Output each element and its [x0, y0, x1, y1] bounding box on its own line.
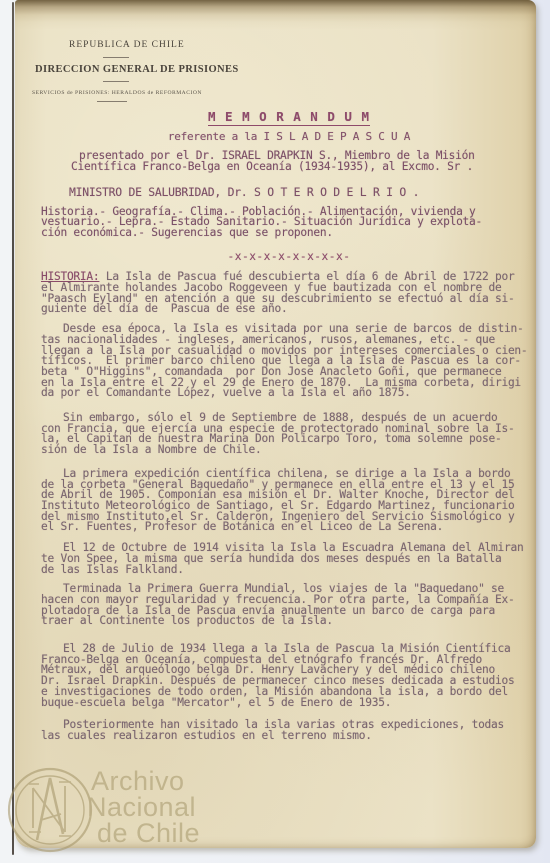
letterhead-divider: [103, 81, 129, 82]
paragraph-later-visits: Posteriormente han visitado la isla vari…: [41, 720, 537, 741]
book-spine-edge: [12, 2, 14, 855]
presentation-block: presentado por el Dr. ISRAEL DRAPKIN S.,…: [71, 151, 537, 172]
paragraph-possession: Sin embargo, sólo el 9 de Septiembre de …: [41, 413, 537, 456]
memo-subject: referente a la I S L A D E P A S C U A: [41, 132, 537, 143]
page-top-curl-shadow: [15, 0, 536, 30]
watermark-line: Nacional: [87, 794, 200, 820]
minister-line: MINISTRO DE SALUBRIDAD, Dr. S O T E R O …: [69, 187, 537, 198]
text-line: el Sr. Fuentes, Profesor de Botánica en …: [41, 522, 537, 533]
text-line: ción económica.- Sugerencias que se prop…: [41, 228, 537, 239]
paragraph-expedition: La primera expedición científica chilena…: [41, 469, 537, 533]
text-line: guiente del día de Pascua de ese año.: [41, 304, 537, 315]
text-line: sión de la Isla a Nombre de Chile.: [41, 445, 537, 456]
text-line: Científica Franco-Belga en Oceanía (1934…: [71, 162, 537, 173]
watermark-line: Archivo: [91, 768, 200, 794]
archive-logo-icon: [3, 762, 99, 862]
memo-title: M E M O R A N D U M: [41, 112, 537, 123]
historia-rest: el Almirante holandes Jacobo Roggeveen y…: [41, 283, 537, 315]
letterhead-divider: [97, 101, 127, 102]
letterhead-agency: DIRECCION GENERAL DE PRISIONES: [35, 64, 239, 75]
memo-title-text: M E M O R A N D U M: [208, 112, 370, 126]
paragraph-mission-1934: El 28 de Julio de 1934 llega a la Isla d…: [41, 644, 537, 708]
text-line: traer al Continente los productos de la …: [41, 616, 537, 627]
text-line: de las Islas Falkland.: [41, 565, 537, 576]
paragraph-postwar: Terminada la Primera Guerra Mundial, los…: [41, 584, 537, 627]
text-line: buque-escuela belga "Mercator", el 5 de …: [41, 698, 537, 709]
paragraph-von-spee: El 12 de Octubre de 1914 visita la Isla …: [41, 543, 537, 575]
letterhead-divider: [103, 57, 129, 58]
text-line: da por el Comandante López, vuelve a la …: [41, 388, 537, 399]
paragraph-historia: HISTORIA: La Isla de Pascua fué descubie…: [41, 272, 537, 315]
text-line: las cuales realizaron estudios en el ter…: [41, 731, 537, 742]
letterhead-services: SERVICIOS de PRISIONES: HERALDOS de REFO…: [32, 90, 202, 96]
letterhead-country: REPUBLICA DE CHILE: [69, 40, 185, 50]
document-page: REPUBLICA DE CHILE DIRECCION GENERAL DE …: [15, 0, 536, 848]
watermark-line: de Chile: [97, 820, 200, 846]
subject-index-block: Historia.- Geografía.- Clima.- Población…: [41, 207, 537, 239]
section-separator: -x-x-x-x-x-x-x-x-: [41, 252, 537, 263]
archive-watermark: Archivo Nacional de Chile: [3, 762, 383, 862]
paragraph-ships: Desde esa época, la Isla es visitada por…: [41, 324, 537, 399]
typed-text-column: M E M O R A N D U M referente a la I S L…: [41, 112, 537, 772]
archive-watermark-text: Archivo Nacional de Chile: [91, 768, 200, 846]
